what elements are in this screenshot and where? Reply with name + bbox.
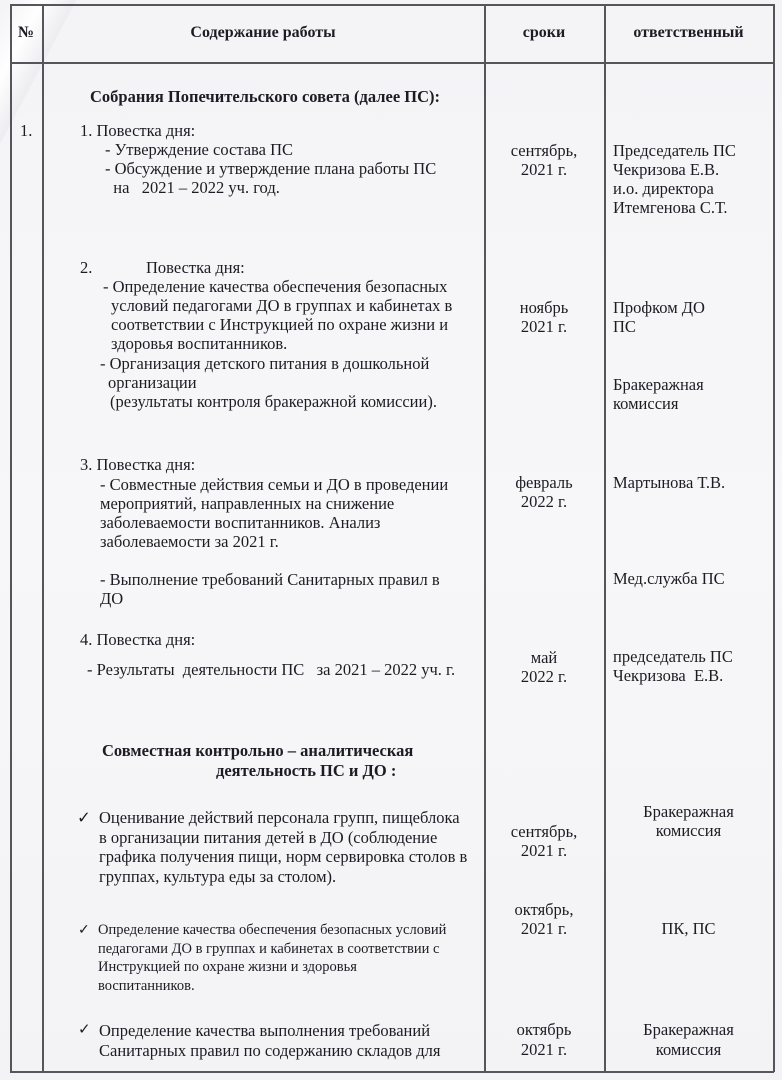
term: 2021 г. [484,160,604,180]
table-bottom-border [10,1071,774,1073]
agenda-line: - Утверждение состава ПС [105,140,293,160]
agenda-heading: Повестка дня: [146,258,245,278]
term: сентябрь, [484,822,604,842]
control-line: Инструкцией по охране жизни и здоровья [98,958,357,977]
control-line: графика получения пищи, норм сервировка … [99,847,467,867]
header-bottom-border [10,62,774,64]
control-line: педагогами ДО в группах и кабинетах в со… [98,940,439,959]
row-number: 1. [20,121,32,141]
term: февраль [484,473,604,493]
responsible: комиссия [604,821,773,841]
term: сентябрь, [484,141,604,161]
responsible: ПС [613,317,636,337]
responsible: Бракеражная [613,375,704,395]
agenda-line: - Совместные действия семьи и ДО в прове… [100,475,448,495]
responsible: Итемгенова С.Т. [613,198,728,218]
agenda-line: заболеваемости за 2021 г. [100,532,279,552]
agenda-line: - Организация детского питания в дошколь… [100,354,429,374]
responsible: Чекризова Е.В. [613,666,723,686]
agenda-line: - Определение качества обеспечения безоп… [103,277,447,297]
agenda-line: (результаты контроля бракеражной комисси… [110,392,437,412]
agenda-line: на 2021 – 2022 уч. год. [105,178,280,198]
control-line: Санитарных правил по содержанию складов … [99,1041,440,1061]
term: 2022 г. [484,667,604,687]
term: ноябрь [484,298,604,318]
term: 2022 г. [484,492,604,512]
term: 2021 г. [484,919,604,939]
agenda-heading: 1. Повестка дня: [80,121,195,141]
agenda-line: условий педагогами ДО в группах и кабине… [111,296,452,316]
col-divider-num [42,4,44,1072]
responsible: комиссия [604,1040,773,1060]
responsible: комиссия [613,394,678,414]
responsible: Чекризова Е.В. [613,160,719,180]
agenda-line: ДО [100,589,123,609]
term: октябрь, [484,900,604,920]
section1-title: Собрания Попечительского совета (далее П… [90,87,440,107]
table-left-border [10,4,12,1072]
agenda-heading: 3. Повестка дня: [80,455,195,475]
agenda-line: мероприятий, направленных на снижение [100,494,394,514]
responsible: Мед.служба ПС [613,569,725,589]
responsible: председатель ПС [613,647,733,667]
agenda-line: - Результаты деятельности ПС за 2021 – 2… [87,660,455,680]
document-page: № Содержание работы сроки ответственный … [0,0,782,1080]
agenda-heading: 4. Повестка дня: [80,630,195,650]
check-icon: ✓ [77,808,91,828]
agenda-line: организации [108,373,197,393]
header-responsible: ответственный [604,24,773,42]
section2-title-line1: Совместная контрольно – аналитическая [102,741,413,761]
agenda-line: здоровья воспитанников. [111,334,287,354]
header-num: № [10,24,42,42]
responsible: Бракеражная [604,1020,773,1040]
table-top-border [10,4,774,6]
section2-title-line2: деятельность ПС и ДО : [216,761,396,781]
control-line: группах, культура еды за столом). [99,867,336,887]
term: 2021 г. [484,1040,604,1060]
control-line: воспитанников. [98,977,195,996]
control-line: Оценивание действий персонала групп, пищ… [99,808,460,828]
control-line: Определение качества выполнения требован… [99,1021,430,1041]
col-divider-terms [604,4,606,1072]
responsible: Профком ДО [613,298,705,318]
check-icon: ✓ [78,921,90,941]
agenda-line: заболеваемости воспитанников. Анализ [100,513,380,533]
responsible: ПК, ПС [604,919,773,939]
term: октябрь [484,1020,604,1040]
check-icon: ✓ [78,1021,91,1041]
control-line: в организации питания детей в ДО (соблюд… [99,828,437,848]
responsible: Бракеражная [604,802,773,822]
agenda-line: соответствии с Инструкцией по охране жиз… [111,315,448,335]
agenda-line: - Обсуждение и утверждение плана работы … [105,159,436,179]
control-line: Определение качества обеспечения безопас… [98,921,446,940]
term: 2021 г. [484,317,604,337]
agenda-heading-number: 2. [80,258,92,278]
table-right-border [773,4,775,1072]
header-content: Содержание работы [42,24,484,42]
term: 2021 г. [484,841,604,861]
responsible: Председатель ПС [613,141,736,161]
header-terms: сроки [484,24,604,42]
agenda-line: - Выполнение требований Санитарных прави… [100,570,440,590]
term: май [484,648,604,668]
responsible: Мартынова Т.В. [613,473,725,493]
responsible: и.о. директора [613,179,714,199]
